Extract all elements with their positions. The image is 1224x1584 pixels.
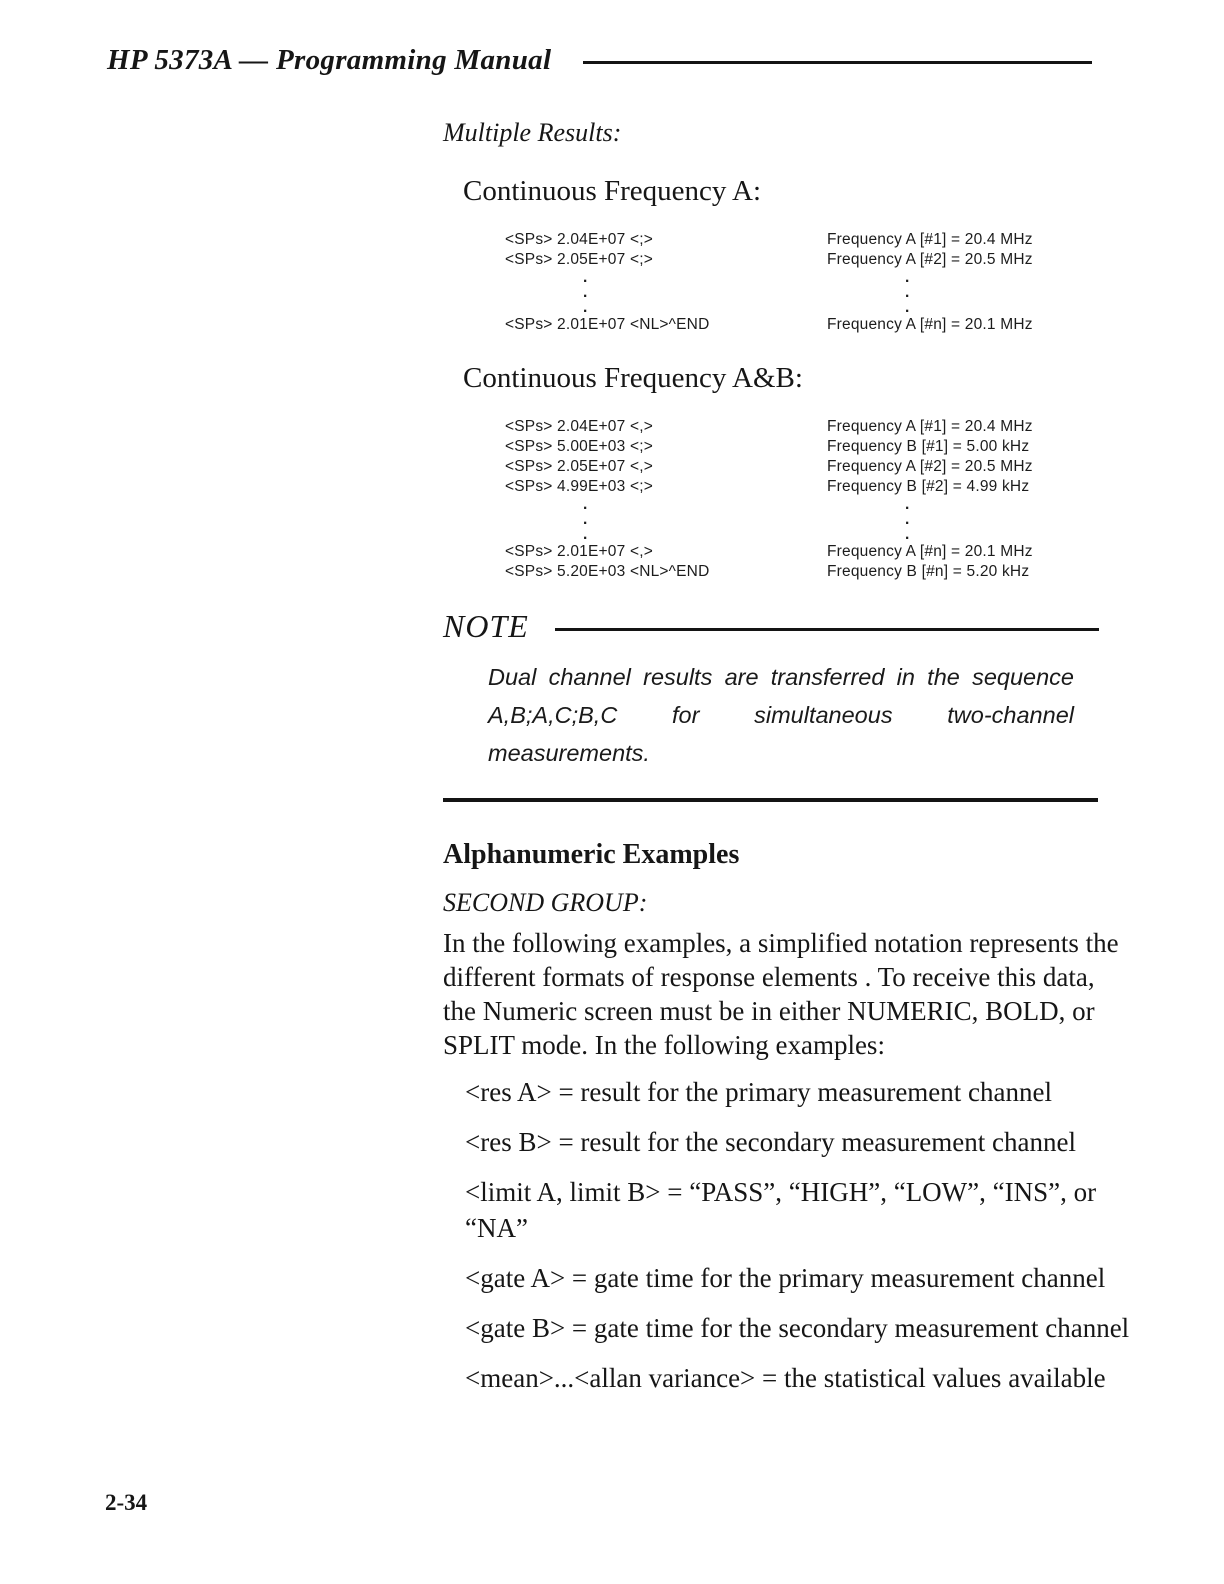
header-rule (583, 61, 1092, 64)
vertical-ellipsis: ... (505, 270, 827, 315)
multiple-results-label: Multiple Results: (443, 118, 1105, 148)
dot: . (583, 497, 827, 512)
code-meaning: Frequency A [#2] = 20.5 MHz (827, 250, 1105, 270)
dot: . (583, 300, 827, 315)
definition-line: <res B> = result for the secondary measu… (465, 1124, 1105, 1160)
code-meaning: Frequency B [#n] = 5.20 kHz (827, 562, 1105, 582)
definition-res-b: <res B> = result for the secondary measu… (465, 1124, 1105, 1160)
definition-mean-allan: <mean>...<allan variance> = the statisti… (465, 1360, 1105, 1396)
code-row: <SPs> 2.04E+07 <,> Frequency A [#1] = 20… (505, 417, 1105, 437)
code-output: <SPs> 2.01E+07 <,> (505, 542, 827, 562)
code-meaning: Frequency A [#1] = 20.4 MHz (827, 417, 1105, 437)
definition-gate-a: <gate A> = gate time for the primary mea… (465, 1260, 1105, 1296)
intro-line: different formats of response elements .… (443, 960, 1105, 994)
code-meaning: Frequency A [#n] = 20.1 MHz (827, 542, 1105, 562)
definition-list: <res A> = result for the primary measure… (465, 1074, 1105, 1396)
definition-res-a: <res A> = result for the primary measure… (465, 1074, 1105, 1110)
dot: . (905, 300, 1105, 315)
dot: . (905, 512, 1105, 527)
intro-paragraph: In the following examples, a simplified … (443, 926, 1105, 1062)
note-label: NOTE (443, 608, 529, 644)
code-output: <SPs> 5.00E+03 <;> (505, 437, 827, 457)
note-rule (555, 628, 1099, 631)
code-output: <SPs> 2.04E+07 <,> (505, 417, 827, 437)
note-text: Dual channel results are transferred in … (488, 658, 1074, 772)
manual-page: HP 5373A — Programming Manual Multiple R… (0, 0, 1224, 1584)
dot: . (583, 512, 827, 527)
definition-gate-b: <gate B> = gate time for the secondary m… (465, 1310, 1105, 1346)
code-output: <SPs> 2.05E+07 <;> (505, 250, 827, 270)
ellipsis-row: ... ... (505, 270, 1105, 315)
note-text-line: A,B;A,C;B,C for simultaneous two-channel (488, 696, 1074, 734)
code-meaning: Frequency A [#n] = 20.1 MHz (827, 315, 1105, 335)
page-footer: 2-34 (105, 1490, 147, 1516)
code-meaning: Frequency A [#2] = 20.5 MHz (827, 457, 1105, 477)
code-row: <SPs> 2.05E+07 <;> Frequency A [#2] = 20… (505, 250, 1105, 270)
code-row: <SPs> 2.05E+07 <,> Frequency A [#2] = 20… (505, 457, 1105, 477)
page-header: HP 5373A — Programming Manual (107, 44, 1092, 77)
code-row: <SPs> 2.04E+07 <;> Frequency A [#1] = 20… (505, 230, 1105, 250)
definition-limit: <limit A, limit B> = “PASS”, “HIGH”, “LO… (465, 1174, 1105, 1246)
code-meaning: Frequency A [#1] = 20.4 MHz (827, 230, 1105, 250)
vertical-ellipsis: ... (827, 270, 1105, 315)
code-row: <SPs> 4.99E+03 <;> Frequency B [#2] = 4.… (505, 477, 1105, 497)
definition-line: <gate A> = gate time for the primary mea… (465, 1260, 1105, 1296)
freq-a-listing: <SPs> 2.04E+07 <;> Frequency A [#1] = 20… (505, 230, 1105, 335)
code-output: <SPs> 2.01E+07 <NL>^END (505, 315, 827, 335)
intro-line: the Numeric screen must be in either NUM… (443, 994, 1105, 1028)
dot: . (583, 270, 827, 285)
note-text-line: Dual channel results are transferred in … (488, 658, 1074, 696)
alphanumeric-examples-heading: Alphanumeric Examples (443, 838, 1105, 872)
vertical-ellipsis: ... (827, 497, 1105, 542)
code-output: <SPs> 5.20E+03 <NL>^END (505, 562, 827, 582)
code-output: <SPs> 4.99E+03 <;> (505, 477, 827, 497)
page-title: HP 5373A — Programming Manual (107, 44, 551, 77)
freq-ab-listing: <SPs> 2.04E+07 <,> Frequency A [#1] = 20… (505, 417, 1105, 582)
code-output: <SPs> 2.05E+07 <,> (505, 457, 827, 477)
code-output: <SPs> 2.04E+07 <;> (505, 230, 827, 250)
dot: . (583, 527, 827, 542)
dot: . (905, 270, 1105, 285)
definition-line: <limit A, limit B> = “PASS”, “HIGH”, “LO… (465, 1174, 1105, 1210)
code-row: <SPs> 2.01E+07 <NL>^END Frequency A [#n]… (505, 315, 1105, 335)
definition-line: <mean>...<allan variance> = the statisti… (465, 1360, 1105, 1396)
code-meaning: Frequency B [#2] = 4.99 kHz (827, 477, 1105, 497)
section-divider (443, 798, 1098, 802)
page-content: Multiple Results: Continuous Frequency A… (443, 118, 1105, 1410)
note-header: NOTE (443, 608, 1105, 644)
definition-line: <gate B> = gate time for the secondary m… (465, 1310, 1105, 1346)
ellipsis-row: ... ... (505, 497, 1105, 542)
note-text-line: measurements. (488, 734, 1074, 772)
dot: . (905, 285, 1105, 300)
definition-line: <res A> = result for the primary measure… (465, 1074, 1105, 1110)
freq-ab-heading: Continuous Frequency A&B: (463, 361, 1105, 395)
dot: . (905, 527, 1105, 542)
dot: . (905, 497, 1105, 512)
page-number: 2-34 (105, 1490, 147, 1515)
second-group-label: SECOND GROUP: (443, 888, 1105, 918)
freq-a-heading: Continuous Frequency A: (463, 174, 1105, 208)
dot: . (583, 285, 827, 300)
intro-line: In the following examples, a simplified … (443, 926, 1105, 960)
definition-line: “NA” (465, 1210, 1105, 1246)
code-row: <SPs> 2.01E+07 <,> Frequency A [#n] = 20… (505, 542, 1105, 562)
code-meaning: Frequency B [#1] = 5.00 kHz (827, 437, 1105, 457)
code-row: <SPs> 5.00E+03 <;> Frequency B [#1] = 5.… (505, 437, 1105, 457)
vertical-ellipsis: ... (505, 497, 827, 542)
code-row: <SPs> 5.20E+03 <NL>^END Frequency B [#n]… (505, 562, 1105, 582)
intro-line: SPLIT mode. In the following examples: (443, 1028, 1105, 1062)
